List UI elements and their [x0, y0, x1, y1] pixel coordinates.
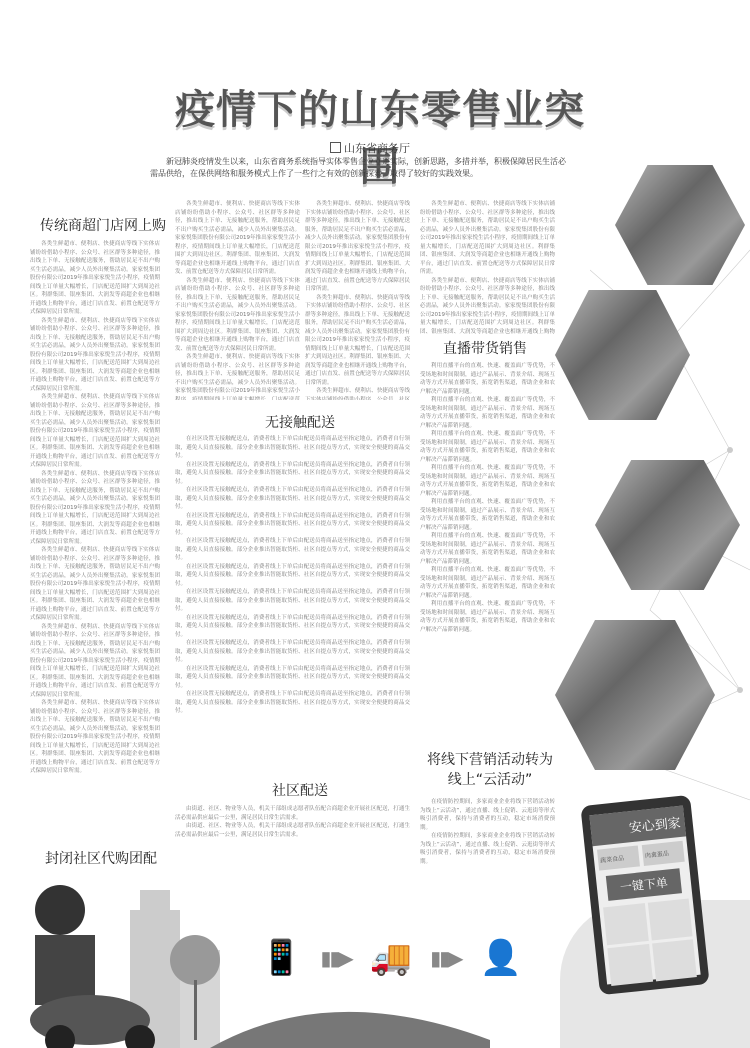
app-title: 安心到家 — [589, 806, 686, 847]
section-heading-2: 无接触配送 — [250, 412, 350, 432]
app-tab-1: 蔬菜食品 — [597, 845, 640, 870]
app-product-tile — [652, 939, 697, 981]
phone-illustration: 安心到家 蔬菜食品 肉禽蛋品 一键下单 — [580, 795, 709, 995]
section-body-3: 利用直播平台的直观、快速、覆盖面广等优势，不受场地和时间限制，通过产品展示、背景… — [420, 362, 555, 742]
app-order-button: 一键下单 — [606, 868, 682, 901]
section-body-4: 由街道、社区、物业等人员，机关干部组成志愿者队伍配合商超企业开展社区配送，打通生… — [175, 805, 410, 875]
section-body-1: 各类生鲜超市、便利店、快捷商店等线下实体店铺纷纷借助小程序、公众号、社区群等多种… — [30, 240, 160, 820]
section-heading-1: 传统商超门店网上购 — [40, 215, 150, 235]
section-body-6: 在疫情防控期间，多家商业企业将线下营销活动转为线上“云活动”，通过直播、线上促销… — [420, 798, 555, 878]
app-product-tile — [607, 944, 652, 986]
app-product-tile — [603, 903, 648, 945]
app-tab-2: 肉禽蛋品 — [642, 841, 685, 866]
section-body-1b: 各类生鲜超市、便利店、快捷商店等线下实体店铺纷纷借助小程序、公众号、社区群等多种… — [175, 200, 300, 400]
byline: 山东省商务厅 — [330, 140, 410, 156]
section-heading-6: 将线下营销活动转为 线上“云活动” — [420, 750, 560, 790]
phone-cart-icon: 📱 — [260, 938, 302, 978]
byline-box-icon — [330, 142, 341, 153]
delivery-flow: 📱 ▮▮▶ 🚚 ▮▮▶ 👤 — [260, 938, 522, 978]
section-body-2: 在社区设置无接触配送点，消费者线上下单后由配送员将商品送至指定地点，消费者自行领… — [175, 435, 410, 765]
arrow-icon: ▮▮▶ — [320, 946, 351, 970]
section-heading-3: 直播带货销售 — [425, 338, 545, 358]
section-heading-4: 社区配送 — [260, 780, 340, 800]
arrow-icon: ▮▮▶ — [430, 946, 461, 970]
section-heading-5: 封闭社区代购团配 — [45, 848, 155, 868]
byline-text: 山东省商务厅 — [344, 142, 410, 155]
app-product-tile — [647, 898, 692, 940]
section-body-1d: 各类生鲜超市、便利店、快捷商店等线下实体店铺纷纷借助小程序、公众号、社区群等多种… — [420, 200, 555, 335]
section-body-1c: 各类生鲜超市、便利店、快捷商店等线下实体店铺纷纷借助小程序、公众号、社区群等多种… — [305, 200, 410, 400]
lede-paragraph: 新冠肺炎疫情发生以来，山东省商务系统指导实体零售企业立足实际，创新思路，多措并举… — [150, 156, 570, 180]
truck-icon: 🚚 — [370, 938, 412, 978]
person-icon: 👤 — [480, 938, 522, 978]
